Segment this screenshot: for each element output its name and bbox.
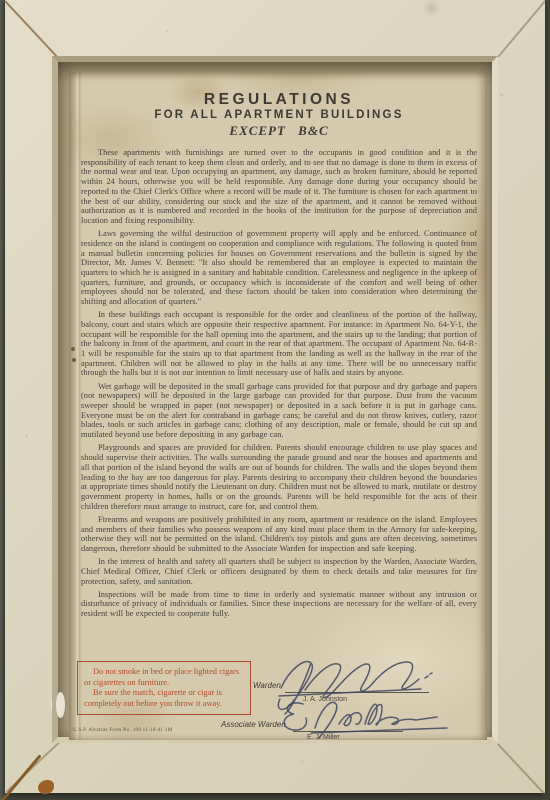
warning-line-2: Be sure the match, cigarette or cigar is… [84, 688, 244, 709]
frame-mitre-top-right [497, 0, 546, 57]
associate-warden-handwritten-signature [277, 696, 487, 742]
regulations-body: These apartments with furnishings are tu… [81, 148, 477, 619]
document-content: REGULATIONS FOR ALL APARTMENT BUILDINGS … [69, 72, 487, 619]
frame-chip [56, 692, 65, 718]
regulation-paragraph: Firearms and weapons are positively proh… [81, 515, 477, 554]
photo-background: REGULATIONS FOR ALL APARTMENT BUILDINGS … [0, 0, 550, 800]
title-line-3: EXCEPT B&C [81, 123, 477, 139]
document-title: REGULATIONS FOR ALL APARTMENT BUILDINGS … [81, 91, 477, 139]
title-line-2: FOR ALL APARTMENT BUILDINGS [81, 108, 477, 123]
document-paper: REGULATIONS FOR ALL APARTMENT BUILDINGS … [69, 72, 487, 740]
no-smoking-warning-box: Do not smoke in bed or place lighted cig… [77, 661, 251, 715]
frame-scratch-blob [38, 780, 54, 794]
regulation-paragraph: Playgrounds and spaces are provided for … [81, 443, 477, 511]
regulation-paragraph: Wet garbage will be deposited in the sma… [81, 382, 477, 440]
warning-line-1: Do not smoke in bed or place lighted cig… [84, 667, 244, 688]
frame-mitre-crack-top-left [4, 0, 58, 58]
frame-mitre-bottom-right [497, 743, 545, 794]
regulation-paragraph: In the interest of health and safety all… [81, 557, 477, 586]
regulation-paragraph: Inspections will be made from time to ti… [81, 590, 477, 619]
regulation-paragraph: In these buildings each occupant is resp… [81, 310, 477, 378]
frame-scratch [0, 754, 42, 800]
picture-frame: REGULATIONS FOR ALL APARTMENT BUILDINGS … [5, 0, 545, 793]
regulation-paragraph: These apartments with furnishings are tu… [81, 148, 477, 226]
form-number: U.S.P. Alcatraz Form No. 100 11-10-41 1M [73, 728, 172, 733]
frame-opening: REGULATIONS FOR ALL APARTMENT BUILDINGS … [52, 56, 498, 743]
regulation-paragraph: Laws governing the wilful destruction of… [81, 229, 477, 307]
title-line-1: REGULATIONS [81, 91, 477, 108]
